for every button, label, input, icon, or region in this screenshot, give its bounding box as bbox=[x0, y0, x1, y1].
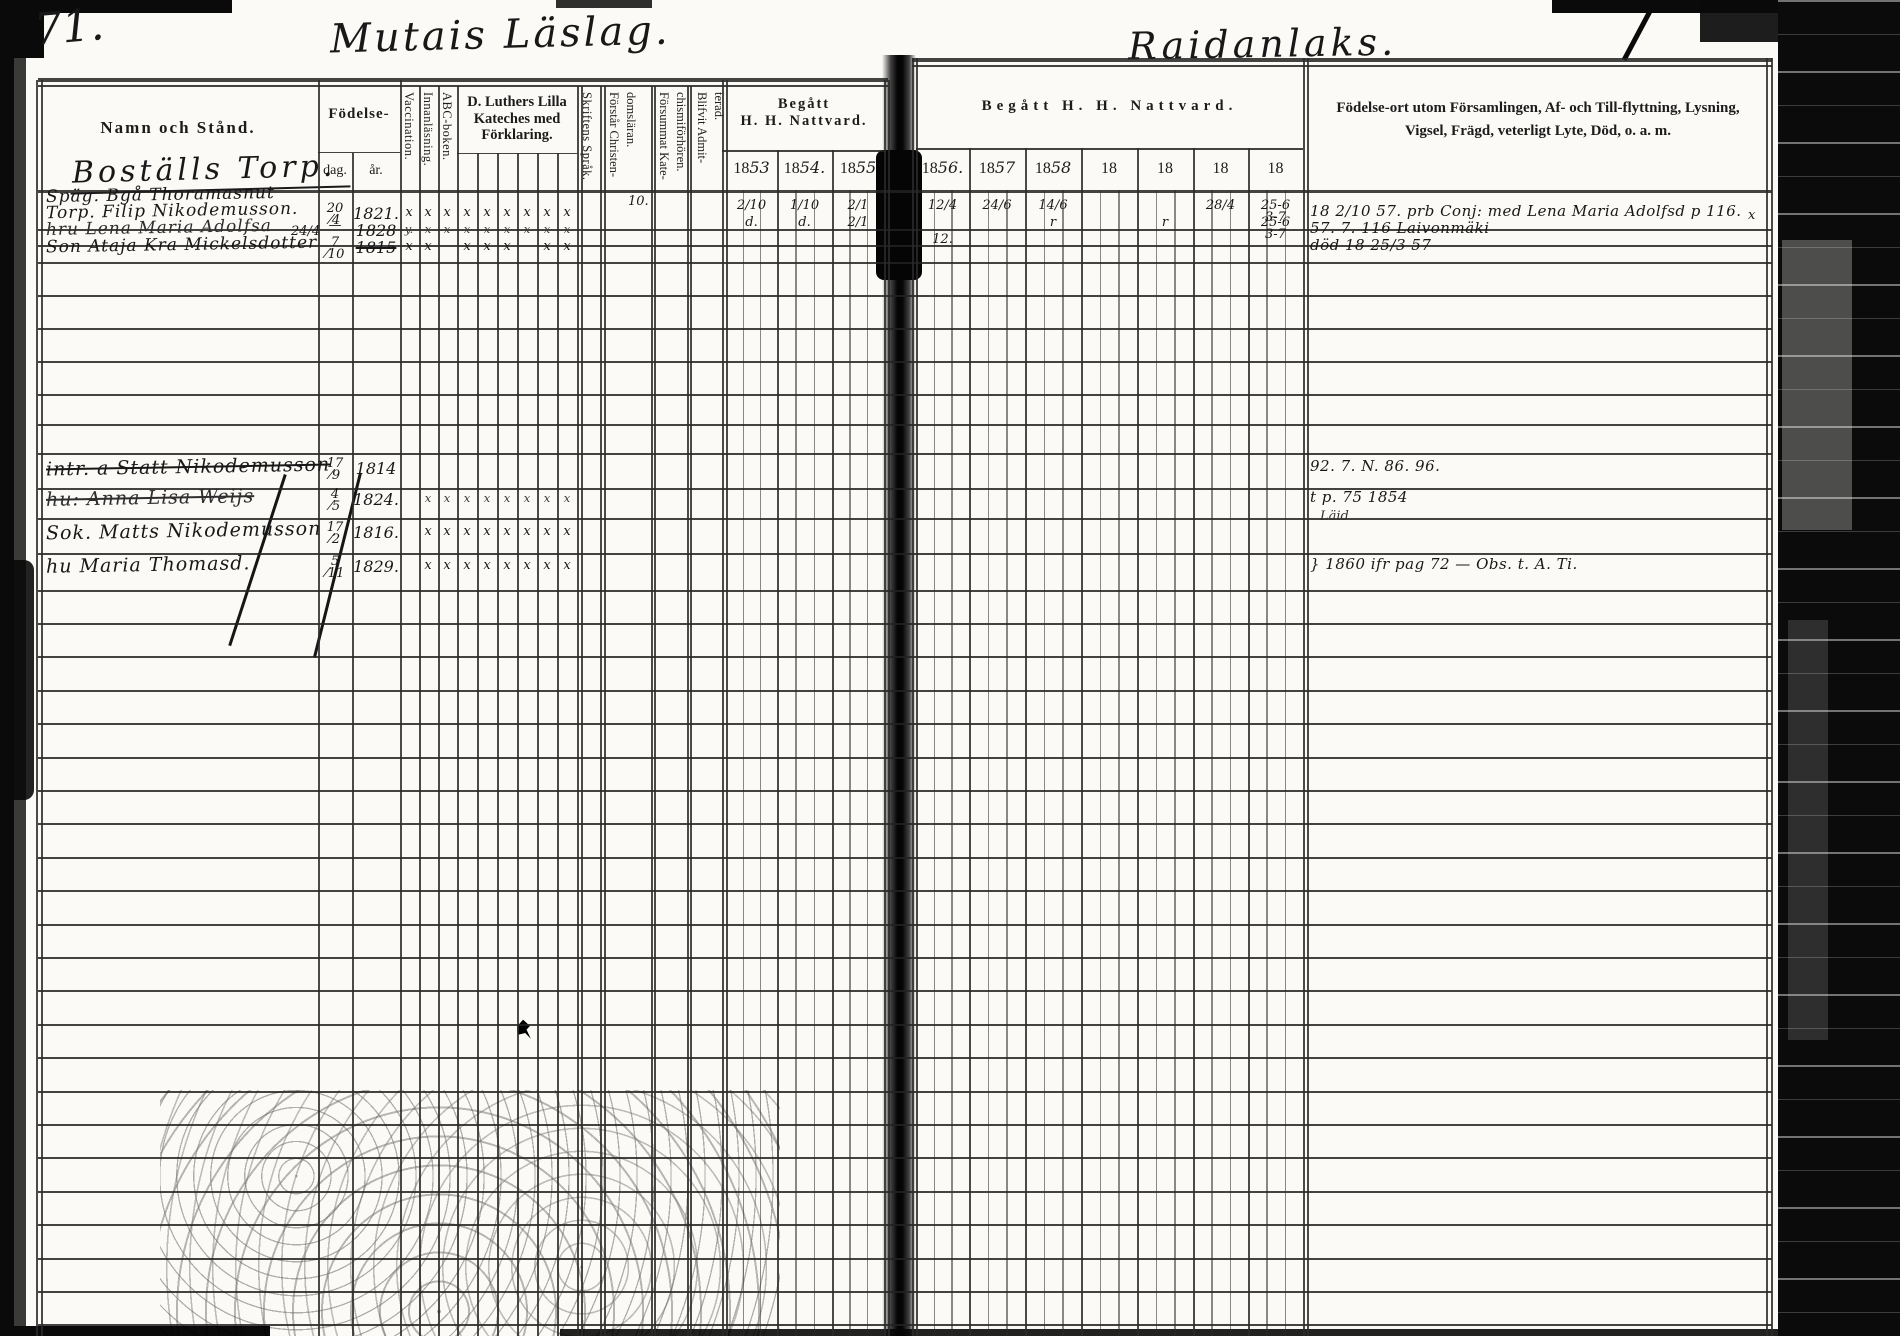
grid-hline bbox=[38, 1057, 1772, 1059]
grid-vline bbox=[36, 80, 38, 1336]
check-mark: x bbox=[559, 558, 575, 573]
year-written: 54. bbox=[800, 158, 825, 177]
entry-birth-year: 1824. bbox=[352, 490, 400, 509]
grid-hline bbox=[38, 1024, 1772, 1026]
missed-line1: Försummat Kate- bbox=[656, 92, 671, 190]
year-written: 53 bbox=[749, 158, 769, 177]
grid-vline bbox=[884, 80, 886, 1336]
grid-vline bbox=[832, 150, 834, 1336]
grid-vline bbox=[888, 80, 890, 1336]
grid-vline bbox=[651, 86, 653, 1336]
check-mark: x bbox=[479, 222, 495, 236]
grid-hline bbox=[722, 150, 886, 152]
remarks-line2: Vigsel, Frägd, veterligt Lyte, Död, o. a… bbox=[1312, 123, 1764, 140]
check-mark: x bbox=[519, 558, 535, 573]
catechism-line3: Förklaring. bbox=[459, 127, 575, 144]
grid-hline bbox=[38, 957, 1772, 959]
check-mark: x bbox=[499, 524, 515, 539]
year-printed: 18 bbox=[840, 160, 856, 177]
remark-note-2: Läid bbox=[1320, 509, 1349, 524]
grid-vline bbox=[1303, 58, 1305, 1336]
grid-subline bbox=[743, 190, 744, 1336]
year-printed: 18 bbox=[1101, 160, 1117, 177]
grid-subline bbox=[1174, 190, 1175, 1336]
year-header: 18 bbox=[1137, 158, 1193, 178]
grid-subline bbox=[1266, 190, 1267, 1336]
grid-vline bbox=[438, 86, 440, 1336]
check-mark: x bbox=[539, 558, 555, 573]
communion-date: 12. bbox=[916, 234, 970, 246]
check-mark: x bbox=[439, 558, 455, 573]
check-mark: x bbox=[539, 524, 555, 539]
year-written: 56. bbox=[938, 158, 963, 177]
check-mark: x bbox=[420, 239, 436, 254]
grid-hline bbox=[38, 328, 1772, 330]
check-mark: x bbox=[519, 205, 535, 220]
understands-line1: Förstår Christen- bbox=[606, 92, 621, 190]
year-printed: 18 bbox=[1268, 160, 1284, 177]
stray-mark: 10. bbox=[628, 194, 649, 209]
grid-vline bbox=[477, 153, 479, 1336]
year-header: 1854. bbox=[777, 158, 832, 178]
grid-subline bbox=[1156, 190, 1157, 1336]
grid-vline bbox=[726, 80, 728, 1336]
grid-hline bbox=[38, 1324, 1772, 1326]
check-mark: x bbox=[499, 558, 515, 573]
check-mark: x bbox=[499, 205, 515, 220]
grid-vline bbox=[419, 86, 421, 1336]
check-mark: x bbox=[479, 205, 495, 220]
remark-note: död 18 25/3 57 bbox=[1310, 236, 1431, 254]
check-mark: x bbox=[539, 222, 555, 236]
check-mark: x bbox=[479, 491, 495, 505]
remark-note: 57. 7. 116 Laivonmäki bbox=[1310, 219, 1490, 237]
grid-hline bbox=[38, 723, 1772, 725]
entry-birth-day: 5 ⁄11 bbox=[318, 556, 352, 581]
check-mark: x bbox=[420, 222, 436, 236]
check-mark: x bbox=[420, 205, 436, 220]
scan-patch-2 bbox=[1788, 620, 1828, 1040]
year-written: 57 bbox=[995, 158, 1015, 177]
grid-hline bbox=[38, 690, 1772, 692]
stray-mark: 24/4 bbox=[291, 224, 320, 239]
check-mark: x bbox=[519, 491, 535, 505]
grid-vline bbox=[604, 86, 606, 1336]
entry-name: intr. a Statt Nikodemusson bbox=[46, 454, 331, 481]
grid-vline bbox=[777, 150, 779, 1336]
check-mark: x bbox=[439, 222, 455, 236]
check-mark: x bbox=[519, 222, 535, 236]
check-mark: x bbox=[499, 222, 515, 236]
year-header: 1856. bbox=[916, 158, 969, 178]
check-mark: x bbox=[439, 524, 455, 539]
grid-subline bbox=[1062, 190, 1063, 1336]
check-mark: x bbox=[559, 524, 575, 539]
communion-left-line2: H. H. Nattvard. bbox=[722, 113, 886, 130]
grid-subline bbox=[1211, 190, 1212, 1336]
grid-vline bbox=[581, 86, 583, 1336]
grid-vline bbox=[41, 80, 43, 1336]
communion-date: 2/10 bbox=[725, 200, 779, 212]
year-printed: 18 bbox=[1035, 160, 1051, 177]
grid-hline bbox=[38, 78, 888, 82]
communion-date: 24/6 bbox=[970, 200, 1024, 212]
grid-hline bbox=[38, 1157, 1772, 1159]
grid-hline bbox=[38, 488, 1772, 490]
page-number: 71. bbox=[32, 0, 106, 56]
grid-vline bbox=[1137, 148, 1139, 1336]
communion-date: d. bbox=[725, 217, 779, 229]
communion-date: 2/1 bbox=[831, 200, 885, 212]
scanned-ledger-page: 71. Mutais Läslag. Raidanlaks. Namn och … bbox=[0, 0, 1900, 1336]
year-written: 55 bbox=[856, 158, 876, 177]
entry-name: hu Maria Thomasd. bbox=[46, 552, 251, 578]
grid-hline bbox=[912, 58, 1772, 62]
column-header-vaccination: Vaccination. bbox=[401, 92, 416, 190]
check-mark: x bbox=[539, 239, 555, 254]
grid-subline bbox=[1230, 190, 1231, 1336]
grid-vline bbox=[654, 86, 656, 1336]
grid-vline bbox=[1766, 58, 1768, 1336]
column-header-communion-right: Begått H. H. Nattvard. bbox=[916, 98, 1303, 115]
year-printed: 18 bbox=[1213, 160, 1229, 177]
year-header: 1855 bbox=[832, 158, 884, 178]
grid-subline bbox=[1100, 190, 1101, 1336]
communion-date: 25-6 3-7 bbox=[1249, 217, 1303, 242]
grid-hline bbox=[38, 890, 1772, 892]
grid-hline bbox=[38, 1191, 1772, 1193]
year-header: 18 bbox=[1081, 158, 1137, 178]
entry-name: Sok. Matts Nikodemusson bbox=[46, 518, 322, 545]
grid-hline bbox=[38, 623, 1772, 625]
scan-top-mark bbox=[556, 0, 652, 8]
grid-vline bbox=[318, 80, 320, 1336]
check-mark: x bbox=[459, 491, 475, 505]
entry-birth-year: 1814 bbox=[352, 459, 400, 478]
grid-subline bbox=[849, 190, 850, 1336]
communion-date: 2/1 bbox=[831, 217, 885, 229]
check-mark: x bbox=[559, 222, 575, 236]
grid-hline bbox=[38, 394, 1772, 396]
check-mark: x bbox=[459, 524, 475, 539]
check-mark: x bbox=[539, 205, 555, 220]
grid-hline bbox=[38, 1091, 1772, 1093]
column-header-birth-year: år. bbox=[352, 163, 400, 179]
grid-hline bbox=[38, 1224, 1772, 1226]
understands-line2: domsläran. bbox=[623, 92, 638, 190]
grid-vline bbox=[497, 153, 499, 1336]
year-written: 58 bbox=[1051, 158, 1071, 177]
communion-date: 1/10 bbox=[778, 200, 832, 212]
entry-birth-year: 1829. bbox=[352, 557, 400, 576]
grid-hline bbox=[38, 790, 1772, 792]
scan-patch bbox=[1782, 240, 1852, 530]
grid-hline bbox=[38, 1124, 1772, 1126]
catechism-line2: Kateches med bbox=[459, 111, 575, 128]
grid-hline bbox=[38, 857, 1772, 859]
grid-subline bbox=[814, 190, 815, 1336]
check-mark: x bbox=[420, 524, 436, 539]
grid-subline bbox=[867, 190, 868, 1336]
year-printed: 18 bbox=[733, 160, 749, 177]
column-header-name: Namn och Stånd. bbox=[48, 118, 308, 138]
year-header: 18 bbox=[1248, 158, 1303, 178]
grid-subline bbox=[1006, 190, 1007, 1336]
grid-vline bbox=[1025, 148, 1027, 1336]
entry-birth-day: 17 ⁄2 bbox=[318, 522, 352, 547]
missed-line2: chismiförhören. bbox=[673, 92, 688, 190]
communion-date: 28/4 bbox=[1194, 200, 1248, 212]
grid-subline bbox=[951, 190, 952, 1336]
communion-left-line1: Begått bbox=[722, 96, 886, 113]
grid-vline bbox=[557, 153, 559, 1336]
grid-vline bbox=[577, 86, 579, 1336]
grid-hline bbox=[38, 924, 1772, 926]
check-mark: x bbox=[459, 205, 475, 220]
grid-hline bbox=[38, 424, 1772, 426]
grid-vline bbox=[352, 153, 354, 1336]
remarks-line1: Födelse-ort utom Församlingen, Af- och T… bbox=[1312, 100, 1764, 117]
check-mark: x bbox=[420, 558, 436, 573]
year-header: 1857 bbox=[969, 158, 1025, 178]
grid-vline bbox=[687, 86, 689, 1336]
grid-subline bbox=[795, 190, 796, 1336]
check-mark: x bbox=[479, 239, 495, 254]
page-title-left: Mutais Läslag. bbox=[329, 8, 671, 63]
scan-edge-right bbox=[1778, 0, 1900, 1336]
grid-vline bbox=[600, 86, 602, 1336]
grid-hline bbox=[38, 757, 1772, 759]
remark-note: t p. 75 1854 bbox=[1310, 488, 1408, 506]
grid-hline bbox=[38, 85, 888, 87]
year-printed: 18 bbox=[784, 160, 800, 177]
check-mark: x bbox=[439, 491, 455, 505]
stray-mark: x bbox=[1748, 208, 1755, 223]
grid-hline bbox=[38, 656, 1772, 658]
grid-vline bbox=[969, 148, 971, 1336]
grid-vline bbox=[517, 153, 519, 1336]
year-header: 1853 bbox=[726, 158, 777, 178]
column-header-reading: Innanläsning. bbox=[420, 92, 435, 190]
check-mark: x bbox=[401, 239, 417, 254]
check-mark: x bbox=[559, 205, 575, 220]
grid-hline bbox=[38, 361, 1772, 363]
grid-subline bbox=[760, 190, 761, 1336]
grid-vline bbox=[1193, 148, 1195, 1336]
grid-vline bbox=[1248, 148, 1250, 1336]
check-mark: x bbox=[439, 205, 455, 220]
year-printed: 18 bbox=[922, 160, 938, 177]
check-mark: x bbox=[519, 524, 535, 539]
check-mark: x bbox=[479, 558, 495, 573]
column-header-communion-left: Begått H. H. Nattvard. bbox=[722, 96, 886, 129]
communion-date: d. bbox=[778, 217, 832, 229]
grid-subline bbox=[934, 190, 935, 1336]
admitted-line1: Blifvit Admit- bbox=[694, 92, 709, 190]
year-header: 1858 bbox=[1025, 158, 1081, 178]
scan-edge-left-blob bbox=[0, 560, 34, 800]
column-header-understands: Förstår Christen- domsläran. bbox=[606, 92, 638, 190]
grid-vline bbox=[457, 86, 459, 1336]
column-header-birth: Födelse- bbox=[318, 106, 400, 123]
column-header-catechism: D. Luthers Lilla Kateches med Förklaring… bbox=[459, 94, 575, 144]
grid-hline bbox=[38, 590, 1772, 592]
year-printed: 18 bbox=[1157, 160, 1173, 177]
grid-vline bbox=[722, 80, 724, 1336]
entry-birth-year: 1816. bbox=[352, 523, 400, 542]
grid-hline bbox=[318, 152, 400, 153]
grid-vline bbox=[1771, 58, 1773, 1336]
check-mark: x bbox=[479, 524, 495, 539]
year-printed: 18 bbox=[979, 160, 995, 177]
column-header-abc-book: ABC-boken. bbox=[439, 92, 454, 190]
grid-hline bbox=[38, 1258, 1772, 1260]
grid-hline bbox=[912, 65, 1772, 67]
grid-vline bbox=[1307, 58, 1309, 1336]
check-mark: x bbox=[559, 491, 575, 505]
check-mark: x bbox=[459, 558, 475, 573]
communion-date: r bbox=[1026, 217, 1080, 229]
column-header-missed-exams: Försummat Kate- chismiförhören. bbox=[656, 92, 688, 190]
grid-subline bbox=[988, 190, 989, 1336]
remark-note: } 1860 ifr pag 72 — Obs. t. A. Ti. bbox=[1310, 555, 1578, 573]
entry-name: hu: Anna Lisa Weijs bbox=[46, 485, 255, 511]
check-mark: x bbox=[499, 239, 515, 254]
check-mark: x bbox=[420, 491, 436, 505]
remark-note: 18 2/10 57. prb Conj: med Lena Maria Ado… bbox=[1310, 202, 1742, 220]
communion-date: 14/6 bbox=[1026, 200, 1080, 212]
grid-vline bbox=[690, 86, 692, 1336]
grid-vline bbox=[1081, 148, 1083, 1336]
communion-date: r bbox=[1138, 217, 1192, 229]
entry-birth-day: 4 ⁄5 bbox=[318, 489, 352, 514]
grid-subline bbox=[1118, 190, 1119, 1336]
grid-vline bbox=[400, 80, 402, 1336]
year-header: 18 bbox=[1193, 158, 1248, 178]
entry-birth-year: 1815 bbox=[352, 238, 400, 257]
entry-birth-day: — bbox=[318, 220, 352, 232]
check-mark: x bbox=[559, 239, 575, 254]
grid-hline bbox=[916, 148, 1303, 150]
check-mark: x bbox=[539, 491, 555, 505]
grid-vline bbox=[912, 58, 914, 1336]
check-mark: x bbox=[459, 239, 475, 254]
grid-hline bbox=[38, 295, 1772, 297]
grid-hline bbox=[38, 990, 1772, 992]
entry-birth-day: 7 ⁄10 bbox=[318, 237, 352, 262]
communion-date: 12/4 bbox=[916, 200, 970, 212]
grid-hline bbox=[38, 1291, 1772, 1293]
grid-subline bbox=[1285, 190, 1286, 1336]
grid-vline bbox=[537, 153, 539, 1336]
check-mark: x bbox=[499, 491, 515, 505]
remark-note: 92. 7. N. 86. 96. bbox=[1310, 457, 1440, 475]
catechism-line1: D. Luthers Lilla bbox=[459, 94, 575, 111]
grid-hline bbox=[38, 190, 1772, 193]
check-mark: x bbox=[401, 205, 417, 220]
check-mark: y. bbox=[401, 222, 417, 236]
entry-birth-day: 17 ⁄9 bbox=[318, 458, 352, 483]
check-mark: x bbox=[459, 222, 475, 236]
grid-hline bbox=[38, 823, 1772, 825]
column-header-remarks: Födelse-ort utom Församlingen, Af- och T… bbox=[1312, 100, 1764, 141]
grid-subline bbox=[1044, 190, 1045, 1336]
grid-hline bbox=[38, 262, 1772, 264]
grid-vline bbox=[916, 58, 918, 1336]
entry-name: Son Ataja Kra Mickelsdotter bbox=[46, 233, 318, 258]
